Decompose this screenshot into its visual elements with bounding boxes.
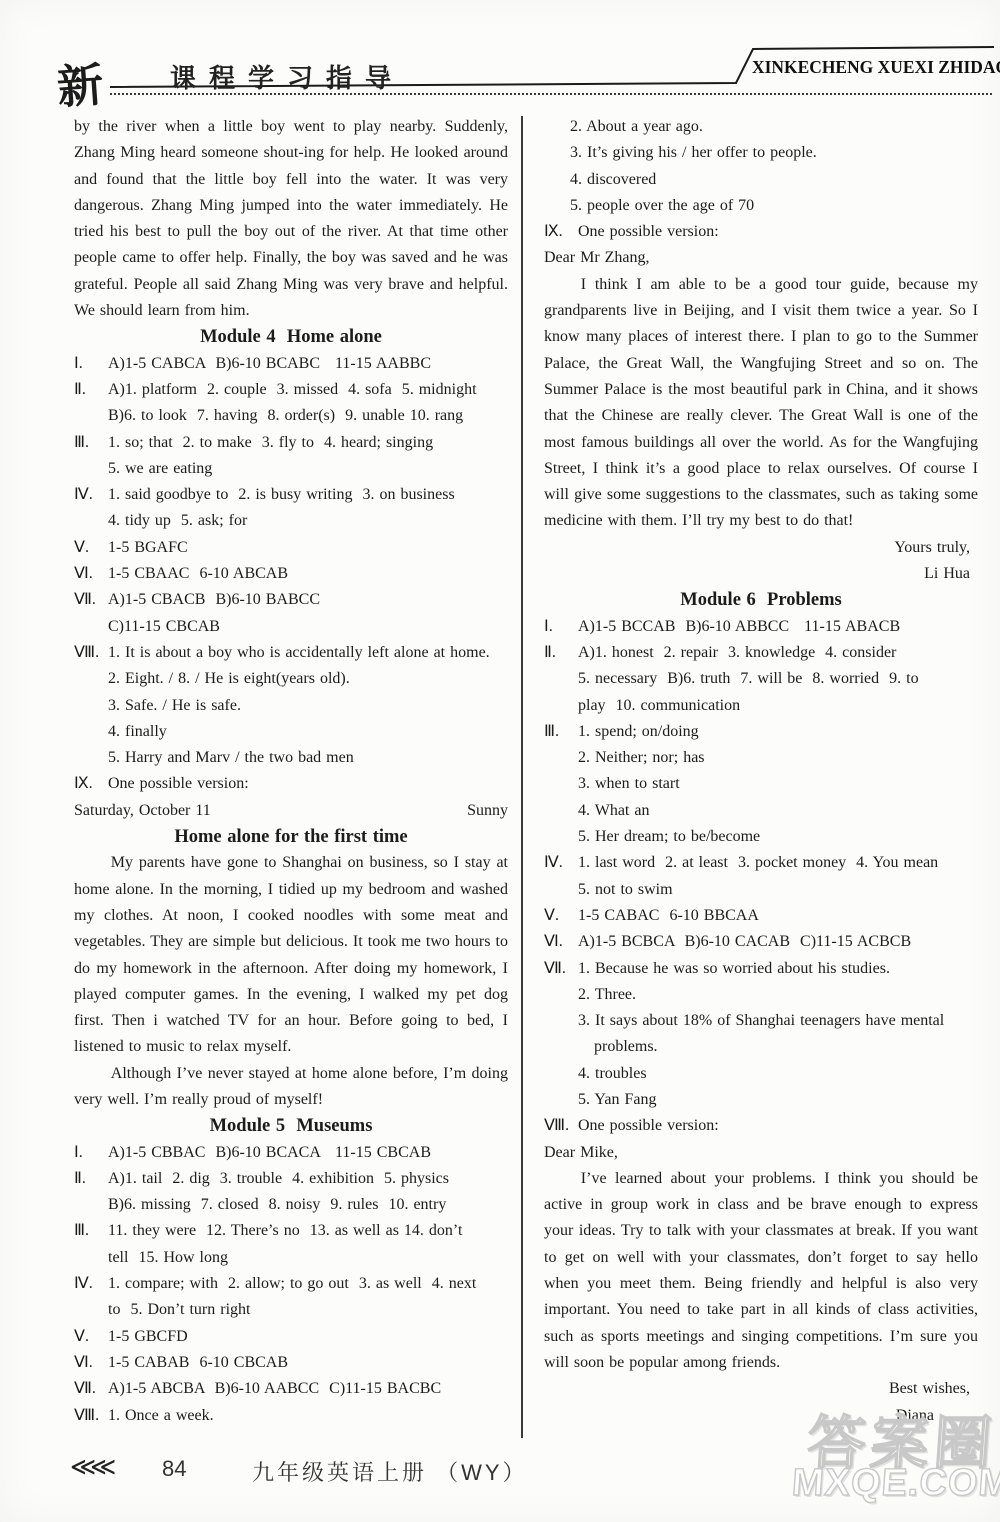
item-label: Ⅴ. [544,903,578,929]
item-label: Ⅳ. [74,1271,108,1324]
answer-line: to 5. Don’t turn right [108,1297,508,1323]
answer-item: Ⅲ.11. they were 12. There’s no 13. as we… [74,1218,508,1271]
item-content: 1-5 CABAC 6-10 BBCAA [578,903,978,929]
answer-line: 2. Neither; nor; has [578,745,978,771]
item-label: Ⅸ. [544,219,578,245]
item-label: Ⅶ. [74,1376,108,1402]
footer-chevrons-icon: ≪≪ [70,1452,110,1481]
item-label: Ⅱ. [74,377,108,430]
section-heading: Module 4 Home alone [74,324,508,350]
item-label: Ⅴ. [74,1324,108,1350]
answer-item: Ⅵ.1-5 CBAAC 6-10 ABCAB [74,561,508,587]
answer-line: 11. they were 12. There’s no 13. as well… [108,1218,508,1244]
answer-line: 5. people over the age of 70 [570,193,978,219]
item-label: Ⅷ. [74,1403,108,1429]
answer-item: Ⅶ.A)1-5 CBACB B)6-10 BABCCC)11-15 CBCAB [74,587,508,640]
item-label: Ⅶ. [544,956,578,1114]
answer-line: 1-5 CABAB 6-10 CBCAB [108,1350,508,1376]
left-column: by the river when a little boy went to p… [74,114,508,1429]
series-title: 课程学习指导 [170,58,404,95]
item-label: Ⅳ. [544,850,578,903]
answer-line: 1-5 CBAAC 6-10 ABCAB [108,561,508,587]
answer-line: 3. It says about 18% of Shanghai teenage… [578,1008,978,1034]
answer-line: 4. finally [108,719,508,745]
answer-line: A)1. honest 2. repair 3. knowledge 4. co… [578,640,978,666]
item-label: Ⅲ. [544,719,578,850]
answer-line: 1. said goodbye to 2. is busy writing 3.… [108,482,508,508]
answer-line: 1. so; that 2. to make 3. fly to 4. hear… [108,430,508,456]
item-label: Ⅵ. [74,561,108,587]
scanned-answer-page: 新 课程学习指导 XINKECHENG XUEXI ZHIDAO》》 by th… [0,0,1000,1522]
answer-line: A)1-5 CBACB B)6-10 BABCC [108,587,508,613]
watermark-site: MXQE.COM [790,1462,1000,1505]
answer-line: A)1-5 CBBAC B)6-10 BCACA 11-15 CBCAB [108,1140,508,1166]
section-heading: Module 5 Museums [74,1113,508,1139]
item-content: 1. spend; on/doing2. Neither; nor; has3.… [578,719,978,850]
item-content: 2. About a year ago.3. It’s giving his /… [570,114,978,219]
answer-line: 1. Once a week. [108,1403,508,1429]
answer-item: Ⅶ.A)1-5 ABCBA B)6-10 AABCC C)11-15 BACBC [74,1376,508,1402]
answer-item: Ⅴ.1-5 CABAC 6-10 BBCAA [544,903,978,929]
item-label: Ⅷ. [74,640,108,771]
answer-line: 5. Yan Fang [578,1087,978,1113]
paragraph: by the river when a little boy went to p… [74,114,508,324]
item-content: A)1-5 ABCBA B)6-10 AABCC C)11-15 BACBC [108,1376,508,1402]
section-heading: Module 6 Problems [544,587,978,613]
answer-line: One possible version: [108,771,508,797]
item-label: Ⅵ. [74,1350,108,1376]
answer-item: Ⅲ.1. spend; on/doing2. Neither; nor; has… [544,719,978,850]
paragraph: My parents have gone to Shanghai on busi… [74,850,508,1060]
item-content: A)1-5 BCCAB B)6-10 ABBCC 11-15 ABACB [578,614,978,640]
paragraph: I’ve learned about your problems. I thin… [544,1166,978,1376]
answer-line: 1-5 GBCFD [108,1324,508,1350]
answer-line: 2. Eight. / 8. / He is eight(years old). [108,666,508,692]
item-content: 11. they were 12. There’s no 13. as well… [108,1218,508,1271]
column-divider [521,116,523,1438]
item-label: Ⅷ. [544,1113,578,1139]
item-content: A)1-5 CBBAC B)6-10 BCACA 11-15 CBCAB [108,1140,508,1166]
section-heading: Home alone for the first time [74,824,508,850]
item-content: 1. compare; with 2. allow; to go out 3. … [108,1271,508,1324]
item-label: Ⅸ. [74,771,108,797]
weather-text: Sunny [467,798,508,824]
answer-item: Ⅰ.A)1-5 BCCAB B)6-10 ABBCC 11-15 ABACB [544,614,978,640]
answer-line: A)1. tail 2. dig 3. trouble 4. exhibitio… [108,1166,508,1192]
item-content: 1. Because he was so worried about his s… [578,956,978,1114]
answer-line: 2. About a year ago. [570,114,978,140]
publisher-logo-icon: 新 [55,48,105,117]
answer-line: 3. Safe. / He is safe. [108,693,508,719]
item-content: A)1-5 CABCA B)6-10 BCABC 11-15 AABBC [108,351,508,377]
page-number: 84 [162,1456,186,1482]
answer-line: A)1-5 BCCAB B)6-10 ABBCC 11-15 ABACB [578,614,978,640]
answer-item: Ⅵ.1-5 CABAB 6-10 CBCAB [74,1350,508,1376]
item-content: A)1. tail 2. dig 3. trouble 4. exhibitio… [108,1166,508,1219]
item-content: A)1-5 CBACB B)6-10 BABCCC)11-15 CBCAB [108,587,508,640]
answer-line: 4. discovered [570,167,978,193]
paragraph: Dear Mr Zhang, [544,245,978,271]
answer-item: Ⅰ.A)1-5 CABCA B)6-10 BCABC 11-15 AABBC [74,351,508,377]
item-content: One possible version: [108,771,508,797]
item-content: A)1-5 BCBCA B)6-10 CACAB C)11-15 ACBCB [578,929,978,955]
answer-line: play 10. communication [578,693,978,719]
item-content: A)1. platform 2. couple 3. missed 4. sof… [108,377,508,430]
item-label: Ⅰ. [544,614,578,640]
answer-item: Ⅶ.1. Because he was so worried about his… [544,956,978,1114]
answer-line: 1. Because he was so worried about his s… [578,956,978,982]
answer-line: 4. troubles [578,1061,978,1087]
answer-line: B)6. missing 7. closed 8. noisy 9. rules… [108,1192,508,1218]
date-text: Saturday, October 11 [74,798,211,824]
item-content: 1. so; that 2. to make 3. fly to 4. hear… [108,430,508,483]
answer-line: A)1-5 CABCA B)6-10 BCABC 11-15 AABBC [108,351,508,377]
item-label: Ⅲ. [74,430,108,483]
answer-item: Ⅸ.One possible version: [74,771,508,797]
answer-line: 5. we are eating [108,456,508,482]
book-title: 九年级英语上册 （WY） [252,1456,528,1487]
item-label: Ⅲ. [74,1218,108,1271]
item-label [544,114,570,219]
item-content: 1-5 GBCFD [108,1324,508,1350]
item-content: One possible version: [578,219,978,245]
answer-line: 1-5 BGAFC [108,535,508,561]
answer-line: 5. Her dream; to be/become [578,824,978,850]
answer-line: A)1. platform 2. couple 3. missed 4. sof… [108,377,508,403]
answer-line: One possible version: [578,1113,978,1139]
answer-line: 1. last word 2. at least 3. pocket money… [578,850,978,876]
item-content: A)1. honest 2. repair 3. knowledge 4. co… [578,640,978,719]
answer-item: Ⅱ.A)1. tail 2. dig 3. trouble 4. exhibit… [74,1166,508,1219]
answer-line: problems. [578,1034,978,1060]
answer-line: 1. compare; with 2. allow; to go out 3. … [108,1271,508,1297]
item-content: One possible version: [578,1113,978,1139]
answer-line: B)6. to look 7. having 8. order(s) 9. un… [108,403,508,429]
answer-item: Ⅳ.1. last word 2. at least 3. pocket mon… [544,850,978,903]
item-label: Ⅴ. [74,535,108,561]
answer-item: 2. About a year ago.3. It’s giving his /… [544,114,978,219]
item-label: Ⅰ. [74,1140,108,1166]
item-content: 1. It is about a boy who is accidentally… [108,640,508,771]
item-content: 1. Once a week. [108,1403,508,1429]
answer-line: 5. not to swim [578,877,978,903]
item-content: 1-5 CBAAC 6-10 ABCAB [108,561,508,587]
item-label: Ⅱ. [74,1166,108,1219]
answer-line: 2. Three. [578,982,978,1008]
answer-line: 3. It’s giving his / her offer to people… [570,140,978,166]
answer-line: 1-5 CABAC 6-10 BBCAA [578,903,978,929]
paragraph: Although I’ve never stayed at home alone… [74,1061,508,1114]
answer-line: 5. necessary B)6. truth 7. will be 8. wo… [578,666,978,692]
right-column: 2. About a year ago.3. It’s giving his /… [544,114,978,1429]
answer-line: 3. when to start [578,771,978,797]
answer-item: Ⅸ.One possible version: [544,219,978,245]
answer-item: Ⅲ.1. so; that 2. to make 3. fly to 4. he… [74,430,508,483]
answer-line: C)11-15 CBCAB [108,614,508,640]
paragraph: I think I am able to be a good tour guid… [544,272,978,535]
item-label: Ⅳ. [74,482,108,535]
item-content: 1-5 BGAFC [108,535,508,561]
item-label: Ⅶ. [74,587,108,640]
paragraph: Dear Mike, [544,1140,978,1166]
answer-item: Ⅷ.One possible version: [544,1113,978,1139]
item-content: 1-5 CABAB 6-10 CBCAB [108,1350,508,1376]
answer-item: Ⅷ.1. It is about a boy who is accidental… [74,640,508,771]
item-label: Ⅱ. [544,640,578,719]
answer-item: Ⅵ.A)1-5 BCBCA B)6-10 CACAB C)11-15 ACBCB [544,929,978,955]
answer-item: Ⅱ.A)1. platform 2. couple 3. missed 4. s… [74,377,508,430]
answer-item: Ⅰ.A)1-5 CBBAC B)6-10 BCACA 11-15 CBCAB [74,1140,508,1166]
answer-line: 5. Harry and Marv / the two bad men [108,745,508,771]
answer-item: Ⅴ.1-5 GBCFD [74,1324,508,1350]
answer-line: 1. It is about a boy who is accidentally… [108,640,508,666]
signature-line: Li Hua [544,561,978,587]
item-label: Ⅰ. [74,351,108,377]
item-content: 1. said goodbye to 2. is busy writing 3.… [108,482,508,535]
diary-dateline: Saturday, October 11Sunny [74,798,508,824]
answer-line: A)1-5 ABCBA B)6-10 AABCC C)11-15 BACBC [108,1376,508,1402]
signature-line: Yours truly, [544,535,978,561]
answer-line: 1. spend; on/doing [578,719,978,745]
item-content: 1. last word 2. at least 3. pocket money… [578,850,978,903]
answer-line: 4. What an [578,798,978,824]
series-title-pinyin: XINKECHENG XUEXI ZHIDAO》》 [752,53,989,79]
answer-line: A)1-5 BCBCA B)6-10 CACAB C)11-15 ACBCB [578,929,978,955]
answer-item: Ⅴ.1-5 BGAFC [74,535,508,561]
answer-line: 4. tidy up 5. ask; for [108,508,508,534]
answer-line: tell 15. How long [108,1245,508,1271]
item-label: Ⅵ. [544,929,578,955]
answer-item: Ⅳ.1. compare; with 2. allow; to go out 3… [74,1271,508,1324]
answer-line: One possible version: [578,219,978,245]
answer-item: Ⅳ.1. said goodbye to 2. is busy writing … [74,482,508,535]
answer-item: Ⅷ.1. Once a week. [74,1403,508,1429]
answer-item: Ⅱ.A)1. honest 2. repair 3. knowledge 4. … [544,640,978,719]
